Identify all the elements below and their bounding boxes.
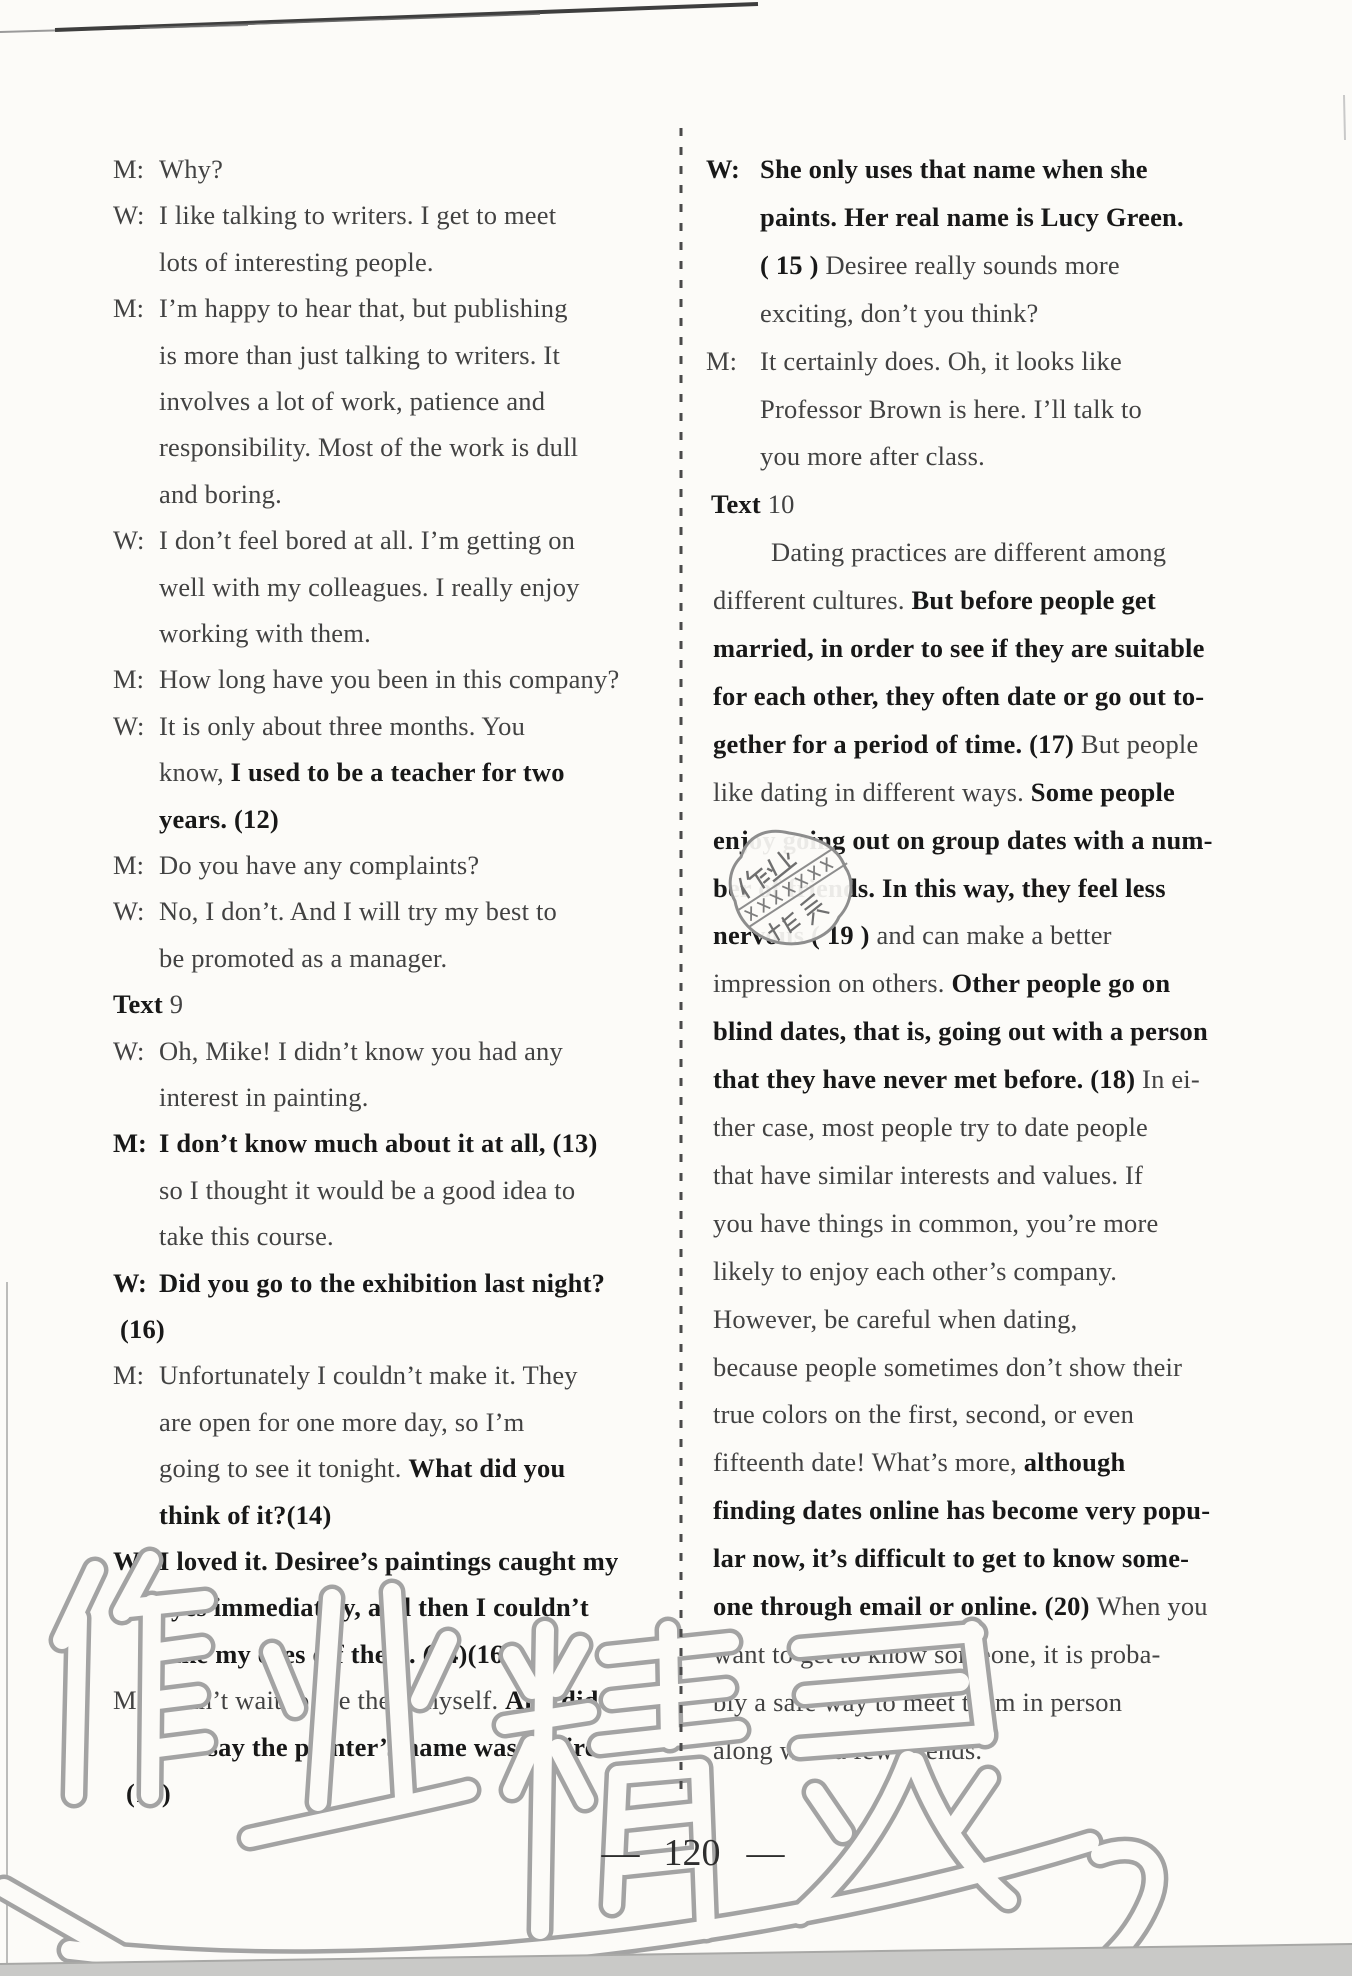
text-run: and boring. — [159, 479, 282, 509]
bold-text-run: What did you — [408, 1453, 565, 1483]
text-line: Unfortunately I couldn’t make it. They — [159, 1352, 651, 1399]
speaker-label: W: — [113, 1260, 147, 1307]
text-line: think of it?(14) — [159, 1492, 651, 1539]
text-run: well with my colleagues. I really enjoy — [159, 572, 580, 602]
speaker-label: M: — [113, 656, 144, 703]
text-line: true colors on the first, second, or eve… — [713, 1391, 1291, 1438]
text-run: How long have you been in this company? — [159, 664, 619, 694]
text-line: because people sometimes don’t show thei… — [713, 1344, 1291, 1391]
footer-dash-right: — — [747, 1831, 783, 1875]
speaker-label: M: — [113, 1677, 144, 1724]
text-line: ber of friends. In this way, they feel l… — [713, 865, 1291, 912]
speaker-label: W: — [706, 146, 740, 193]
scanned-page: M:Why?W:I like talking to writers. I get… — [0, 0, 1352, 1976]
bold-text-run: I used to be a teacher for two — [231, 757, 565, 787]
bold-text-run: (16) — [120, 1314, 165, 1344]
text-line: paints. Her real name is Lucy Green. — [760, 194, 1291, 241]
text-line: married, in order to see if they are sui… — [713, 625, 1291, 672]
bold-text-run: married, in order to see if they are sui… — [713, 633, 1205, 663]
text-line: for each other, they often date or go ou… — [713, 673, 1291, 720]
text-run: and can make a better — [876, 920, 1111, 950]
text-run: different cultures. — [713, 585, 912, 615]
text-line: I loved it. Desiree’s paintings caught m… — [159, 1538, 651, 1585]
text-run: that have similar interests and values. … — [713, 1160, 1143, 1190]
text-line: I can’t wait to see them myself. And did — [159, 1677, 651, 1724]
text-run: Dating practices are different among — [771, 537, 1166, 567]
page-footer: — 120 — — [560, 1828, 824, 1878]
text-line: No, I don’t. And I will try my best to — [159, 888, 651, 935]
text-line: eyes immediately, and then I couldn’t — [159, 1584, 651, 1631]
text-line: bly a safe way to meet them in person — [713, 1679, 1291, 1726]
speaker-label: M: — [113, 146, 144, 193]
bold-text-run: that they have never met before. (18) — [713, 1064, 1142, 1094]
text-run: be promoted as a manager. — [159, 943, 447, 973]
text-run: know, — [159, 757, 231, 787]
speaker-label: W: — [113, 192, 144, 239]
text-line: fifteenth date! What’s more, although — [713, 1439, 1291, 1486]
text-line: that have similar interests and values. … — [713, 1152, 1291, 1199]
text-run: going to see it tonight. — [159, 1453, 408, 1483]
bold-text-run: She only uses that name when she — [760, 154, 1148, 184]
bold-text-run: nervous ( 19 ) — [713, 920, 876, 950]
text-run: true colors on the first, second, or eve… — [713, 1399, 1134, 1429]
bold-text-run: I loved it. Desiree’s paintings caught m… — [159, 1546, 618, 1576]
text-run: Desiree really sounds more — [825, 250, 1119, 280]
text-line: and boring. — [159, 471, 651, 518]
bold-text-run: paints. Her real name is Lucy Green. — [760, 202, 1184, 232]
bold-text-run: I don’t know much about it at all, (13) — [159, 1128, 597, 1158]
text-run: bly a safe way to meet them in person — [713, 1687, 1122, 1717]
text-line: nervous ( 19 ) and can make a better — [713, 912, 1291, 959]
bold-text-run: think of it?(14) — [159, 1500, 332, 1530]
text-line: like dating in different ways. Some peop… — [713, 769, 1291, 816]
text-line: I like talking to writers. I get to meet — [159, 192, 651, 239]
text-line: lots of interesting people. — [159, 239, 651, 286]
text-line: you say the painter’s name was Desiree? — [159, 1724, 651, 1771]
bold-text-run: you say the painter’s name was Desiree? — [159, 1732, 622, 1762]
text-run: interest in painting. — [159, 1082, 369, 1112]
bold-text-run: one through email or online. (20) — [713, 1591, 1096, 1621]
bold-text-run: ( 15 ) — [760, 250, 825, 280]
bold-text-run: Some people — [1031, 777, 1175, 807]
text-run: so I thought it would be a good idea to — [159, 1175, 575, 1205]
speaker-label: M: — [113, 285, 144, 332]
text-run: In ei- — [1142, 1064, 1200, 1094]
text-line: likely to enjoy each other’s company. — [713, 1248, 1291, 1295]
bold-text-run: But before people get — [912, 585, 1156, 615]
text-run: It certainly does. Oh, it looks like — [760, 346, 1122, 376]
text-line: involves a lot of work, patience and — [159, 378, 651, 425]
text-run: I can’t wait to see them myself. — [159, 1685, 505, 1715]
text-line: responsibility. Most of the work is dull — [159, 424, 651, 471]
speaker-label: M: — [113, 1120, 147, 1167]
text-line: ther case, most people try to date peopl… — [713, 1104, 1291, 1151]
text-run: I like talking to writers. I get to meet — [159, 200, 556, 230]
text-run: responsibility. Most of the work is dull — [159, 432, 578, 462]
text-line: blind dates, that is, going out with a p… — [713, 1008, 1291, 1055]
text-run: It is only about three months. You — [159, 711, 525, 741]
text-run: along with a few friends. — [713, 1735, 982, 1765]
text-run: want to get to know someone, it is proba… — [713, 1639, 1161, 1669]
text-line: exciting, don’t you think? — [760, 290, 1291, 337]
text-run: impression on others. — [713, 968, 951, 998]
bold-text-run: blind dates, that is, going out with a p… — [713, 1016, 1208, 1046]
text-line: Oh, Mike! I didn’t know you had any — [159, 1028, 651, 1075]
text-run: is more than just talking to writers. It — [159, 340, 560, 370]
text-line: are open for one more day, so I’m — [159, 1399, 651, 1446]
bold-text-run: enjoy going out on group dates with a nu… — [713, 825, 1213, 855]
text-line: I don’t know much about it at all, (13) — [159, 1120, 651, 1167]
speaker-label: W: — [113, 703, 144, 750]
text-run: you have things in common, you’re more — [713, 1208, 1159, 1238]
text-line: However, be careful when dating, — [713, 1296, 1291, 1343]
speaker-label: M: — [113, 1352, 144, 1399]
bold-text-run: gether for a period of time. (17) — [713, 729, 1081, 759]
bold-text-run: finding dates online has become very pop… — [713, 1495, 1210, 1525]
bold-text-run: Text — [711, 489, 761, 519]
speaker-label: W: — [113, 888, 144, 935]
text-line: enjoy going out on group dates with a nu… — [713, 817, 1291, 864]
bold-text-run: lar now, it’s difficult to get to know s… — [713, 1543, 1189, 1573]
text-line: so I thought it would be a good idea to — [159, 1167, 651, 1214]
text-run: because people sometimes don’t show thei… — [713, 1352, 1182, 1382]
text-run: Why? — [159, 154, 223, 184]
text-line: is more than just talking to writers. It — [159, 332, 651, 379]
text-line: It certainly does. Oh, it looks like — [760, 338, 1291, 385]
bold-text-run: And did — [505, 1685, 598, 1715]
text-line: take my eyes off them. (14)(16) — [159, 1631, 651, 1678]
footer-dash-left: — — [602, 1831, 638, 1875]
text-line: want to get to know someone, it is proba… — [713, 1631, 1291, 1678]
text-line: It is only about three months. You — [159, 703, 651, 750]
text-line: you have things in common, you’re more — [713, 1200, 1291, 1247]
text-line: gether for a period of time. (17) But pe… — [713, 721, 1291, 768]
speaker-label: M: — [706, 338, 737, 385]
text-run: I don’t feel bored at all. I’m getting o… — [159, 525, 575, 555]
text-line: Why? — [159, 146, 651, 193]
text-run: 10 — [761, 489, 795, 519]
text-run: Professor Brown is here. I’ll talk to — [760, 394, 1142, 424]
text-run: like dating in different ways. — [713, 777, 1031, 807]
text-line: well with my colleagues. I really enjoy — [159, 564, 651, 611]
text-run: likely to enjoy each other’s company. — [713, 1256, 1117, 1286]
bold-text-run: take my eyes off them. (14)(16) — [159, 1639, 513, 1669]
text-line: one through email or online. (20) When y… — [713, 1583, 1291, 1630]
text-run: you more after class. — [760, 441, 985, 471]
text-line: that they have never met before. (18) In… — [713, 1056, 1291, 1103]
bold-text-run: Text — [113, 989, 163, 1019]
bold-text-run: although — [1024, 1447, 1126, 1477]
text-line: working with them. — [159, 610, 651, 657]
speaker-label: W: — [113, 517, 144, 564]
text-run: Unfortunately I couldn’t make it. They — [159, 1360, 578, 1390]
text-run: Oh, Mike! I didn’t know you had any — [159, 1036, 563, 1066]
text-line: along with a few friends. — [713, 1727, 1291, 1774]
text-line: (15) — [126, 1770, 618, 1817]
text-line: Do you have any complaints? — [159, 842, 651, 889]
section-heading: Text 10 — [711, 481, 1242, 528]
bold-text-run: eyes immediately, and then I couldn’t — [159, 1592, 589, 1622]
text-line: finding dates online has become very pop… — [713, 1487, 1291, 1534]
text-run: are open for one more day, so I’m — [159, 1407, 524, 1437]
text-line: impression on others. Other people go on — [713, 960, 1291, 1007]
text-run: involves a lot of work, patience and — [159, 386, 545, 416]
text-line: be promoted as a manager. — [159, 935, 651, 982]
bold-text-run: (15) — [126, 1778, 171, 1808]
bold-text-run: for each other, they often date or go ou… — [713, 681, 1204, 711]
text-line: Did you go to the exhibition last night? — [159, 1260, 651, 1307]
text-line: I’m happy to hear that, but publishing — [159, 285, 651, 332]
text-line: take this course. — [159, 1213, 651, 1260]
text-line: ( 15 ) Desiree really sounds more — [760, 242, 1291, 289]
text-line: you more after class. — [760, 433, 1291, 480]
speaker-label: W: — [113, 1538, 147, 1585]
bold-text-run: Other people go on — [951, 968, 1170, 998]
text-run: 9 — [163, 989, 183, 1019]
text-line: know, I used to be a teacher for two — [159, 749, 651, 796]
speaker-label: M: — [113, 842, 144, 889]
text-run: take this course. — [159, 1221, 334, 1251]
text-run: However, be careful when dating, — [713, 1304, 1077, 1334]
text-line: Professor Brown is here. I’ll talk to — [760, 386, 1291, 433]
bold-text-run: Did you go to the exhibition last night? — [159, 1268, 605, 1298]
text-line: Dating practices are different among — [771, 529, 1291, 576]
text-run: ther case, most people try to date peopl… — [713, 1112, 1148, 1142]
text-run: fifteenth date! What’s more, — [713, 1447, 1024, 1477]
bold-text-run: years. (12) — [159, 804, 279, 834]
page-number: 120 — [664, 1831, 721, 1875]
speaker-label: W: — [113, 1028, 144, 1075]
text-line: going to see it tonight. What did you — [159, 1445, 651, 1492]
text-line: interest in painting. — [159, 1074, 651, 1121]
text-run: When you — [1096, 1591, 1207, 1621]
bold-text-run: ber of friends. In this way, they feel l… — [713, 873, 1166, 903]
text-run: Do you have any complaints? — [159, 850, 479, 880]
text-run: But people — [1081, 729, 1199, 759]
text-line: (16) — [120, 1306, 612, 1353]
text-line: How long have you been in this company? — [159, 656, 651, 703]
text-line: She only uses that name when she — [760, 146, 1291, 193]
section-heading: Text 9 — [113, 981, 605, 1028]
text-line: years. (12) — [159, 796, 651, 843]
text-line: different cultures. But before people ge… — [713, 577, 1291, 624]
text-run: No, I don’t. And I will try my best to — [159, 896, 557, 926]
text-run: I’m happy to hear that, but publishing — [159, 293, 568, 323]
text-run: working with them. — [159, 618, 371, 648]
text-line: lar now, it’s difficult to get to know s… — [713, 1535, 1291, 1582]
text-line: I don’t feel bored at all. I’m getting o… — [159, 517, 651, 564]
text-run: exciting, don’t you think? — [760, 298, 1039, 328]
text-run: lots of interesting people. — [159, 247, 434, 277]
